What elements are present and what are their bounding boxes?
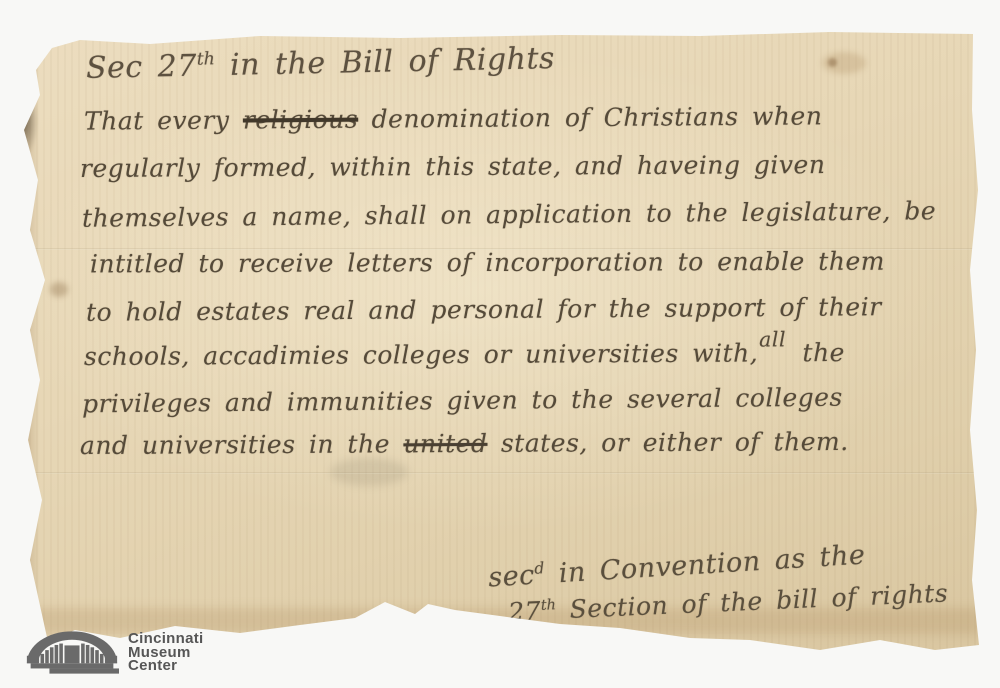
struck-word: religious [243, 105, 358, 135]
crease-line [22, 472, 980, 474]
body-line-5: to hold estates real and personal for th… [86, 292, 882, 327]
body-line-7: privileges and immunities given to the s… [82, 383, 843, 419]
inserted-word: all [759, 327, 786, 351]
scan-background: Sec 27th in the Bill of Rights That ever… [0, 0, 1000, 688]
stain [50, 282, 68, 297]
stain [22, 26, 40, 656]
logo-text: Cincinnati Museum Center [128, 629, 204, 673]
stain [330, 458, 408, 486]
body-line-6: schools, accadimies colleges or universi… [84, 338, 845, 371]
union-terminal-icon [25, 629, 119, 675]
body-line-2: regularly formed, within this state, and… [80, 150, 826, 183]
body-line-4: intitled to receive letters of incorpora… [90, 247, 885, 279]
stain [822, 52, 866, 74]
stain [828, 58, 837, 67]
heading-line: Sec 27th in the Bill of Rights [86, 41, 556, 86]
body-line-3: themselves a name, shall on application … [82, 196, 936, 232]
manuscript-paper: Sec 27th in the Bill of Rights That ever… [22, 26, 980, 656]
body-line-8: and universities in the united states, o… [80, 427, 849, 460]
logo-text-line-3: Center [128, 659, 204, 673]
stain [17, 154, 33, 216]
body-line-1: That every religious denomination of Chr… [84, 101, 823, 135]
stain [18, 84, 38, 158]
struck-word: united [403, 429, 487, 458]
cincinnati-museum-center-logo: Cincinnati Museum Center [25, 629, 204, 675]
